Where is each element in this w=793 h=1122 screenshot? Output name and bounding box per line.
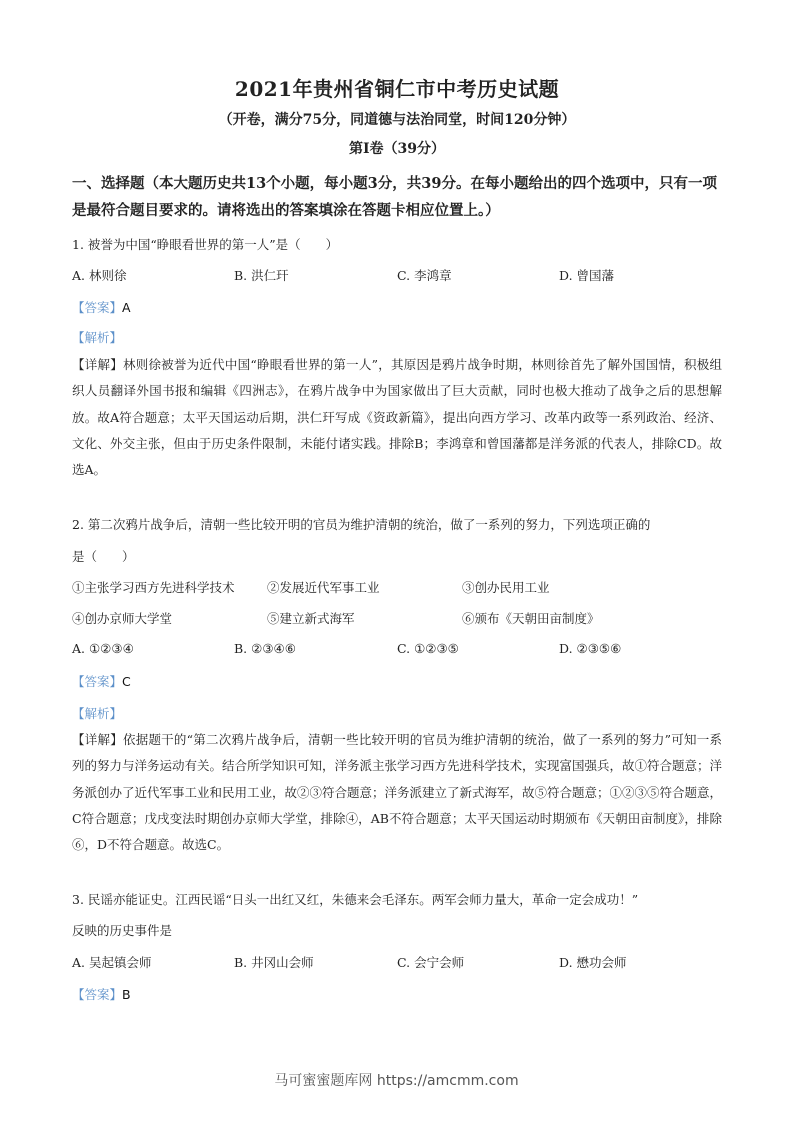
option-c: C. ①②③⑤ (397, 641, 459, 656)
option-d: D. ②③⑤⑥ (559, 641, 621, 656)
answer-value: A (122, 300, 131, 315)
option-c: C. 李鸿章 (397, 266, 452, 284)
question-3-answer: 【答案】B (72, 985, 131, 1003)
question-2-stem-line1: 2. 第二次鸦片战争后，清朝一些比较开明的官员为维护清朝的统治，做了一系列的努力… (72, 515, 650, 533)
exam-title: 2021年贵州省铜仁市中考历史试题 (72, 73, 722, 102)
analysis-label: 【解析】 (72, 706, 122, 721)
option-b: B. ②③④⑥ (234, 641, 296, 656)
option-b: B. 洪仁玕 (234, 266, 289, 284)
question-1-answer: 【答案】A (72, 298, 131, 316)
option-d: D. 懋功会师 (559, 953, 627, 971)
option-d: D. 曾国藩 (559, 266, 614, 284)
option-b: B. 井冈山会师 (234, 953, 314, 971)
option-c: C. 会宁会师 (397, 953, 464, 971)
question-2-detail: 【详解】依据题干的“第二次鸦片战争后，清朝一些比较开明的官员为维护清朝的统治，做… (72, 727, 722, 858)
question-1-analysis-label: 【解析】 (72, 328, 122, 346)
question-1-stem: 1. 被誉为中国“睁眼看世界的第一人”是（ ） (72, 235, 338, 253)
answer-label: 【答案】 (72, 300, 122, 315)
question-2-stem-line2: 是（ ） (72, 547, 135, 565)
item-4: ④创办京师大学堂 (72, 609, 172, 627)
option-a: A. 林则徐 (72, 266, 126, 284)
item-5: ⑤建立新式海军 (267, 609, 355, 627)
analysis-label: 【解析】 (72, 330, 122, 345)
question-1-detail: 【详解】林则徐被誉为近代中国“睁眼看世界的第一人”，其原因是鸦片战争时期，林则徐… (72, 352, 722, 483)
exam-subtitle: （开卷，满分75分，同道德与法治同堂，时间120分钟） (72, 109, 722, 129)
answer-label: 【答案】 (72, 674, 122, 689)
section-instructions: 一、选择题（本大题历史共13个小题，每小题3分，共39分。在每小题给出的四个选项… (72, 170, 727, 224)
question-3-stem-line1: 3. 民谣亦能证史。江西民谣“日头一出红又红，朱德来会毛泽东。两军会师力量大，革… (72, 890, 638, 908)
option-a: A. ①②③④ (72, 641, 134, 656)
question-2-answer: 【答案】C (72, 672, 131, 690)
detail-label: 【详解】 (72, 357, 123, 372)
option-a: A. 吴起镇会师 (72, 953, 151, 971)
item-3: ③创办民用工业 (462, 578, 550, 596)
item-2: ②发展近代军事工业 (267, 578, 380, 596)
detail-label: 【详解】 (72, 732, 123, 747)
question-2-analysis-label: 【解析】 (72, 704, 122, 722)
volume-heading: 第Ⅰ卷（39分） (72, 138, 722, 158)
answer-value: B (122, 987, 131, 1002)
detail-text: 林则徐被誉为近代中国“睁眼看世界的第一人”，其原因是鸦片战争时期，林则徐首先了解… (72, 357, 722, 477)
answer-value: C (122, 674, 131, 689)
watermark-footer: 马可蜜蜜题库网 https://amcmm.com (0, 1070, 793, 1090)
detail-text: 依据题干的“第二次鸦片战争后，清朝一些比较开明的官员为维护清朝的统治，做了一系列… (72, 732, 722, 852)
answer-label: 【答案】 (72, 987, 122, 1002)
question-3-stem-line2: 反映的历史事件是 (72, 921, 172, 939)
item-6: ⑥颁布《天朝田亩制度》 (462, 609, 600, 627)
item-1: ①主张学习西方先进科学技术 (72, 578, 235, 596)
